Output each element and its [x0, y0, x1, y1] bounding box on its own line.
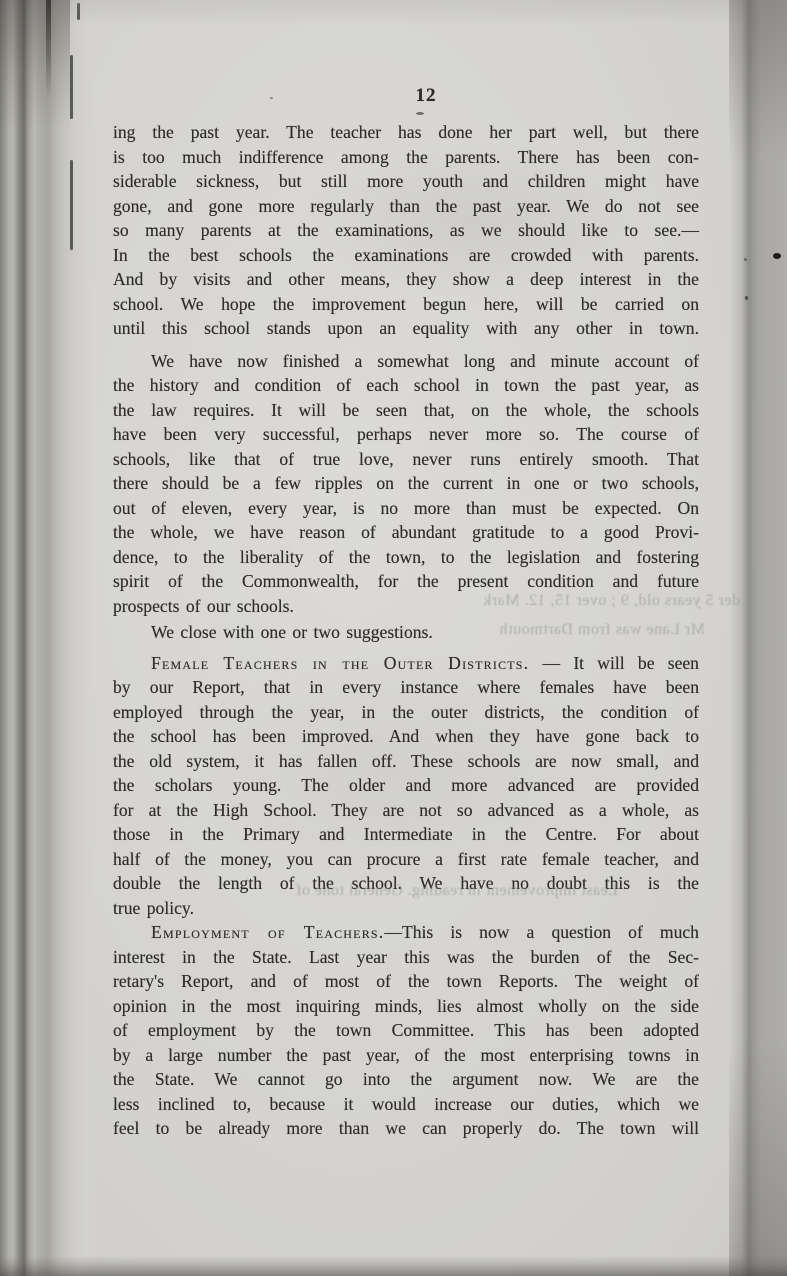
- page-right-edge-shadow: [729, 0, 787, 1276]
- text-line: In the best schools the examinations are…: [113, 243, 699, 268]
- page-number: 12: [386, 85, 466, 107]
- text-line: siderable sickness, but still more youth…: [113, 169, 699, 194]
- text-line: gone, and gone more regularly than the p…: [113, 194, 699, 219]
- text-line: school. We hope the improvement begun he…: [113, 292, 699, 317]
- paragraph: Female Teachers in the Outer Districts. …: [113, 651, 699, 921]
- ink-speck: [270, 97, 273, 99]
- text-line: the State. We cannot go into the argumen…: [113, 1067, 699, 1092]
- paragraph: ing the past year. The teacher has done …: [113, 120, 699, 341]
- binding-dark-streak: [46, 0, 51, 98]
- text-line: is too much indifference among the paren…: [113, 145, 699, 170]
- text-line: the whole, we have reason of abundant gr…: [113, 520, 699, 545]
- text-line: half of the money, you can procure a fir…: [113, 847, 699, 872]
- text-line: dence, to the liberality of the town, to…: [113, 545, 699, 570]
- section-heading: Employment of Teachers.: [151, 922, 384, 942]
- text-line: opinion in the most inquiring minds, lie…: [113, 994, 699, 1019]
- text-line: for at the High School. They are not so …: [113, 798, 699, 823]
- text-line: Employment of Teachers.—This is now a qu…: [113, 920, 699, 945]
- text-line: by a large number the past year, of the …: [113, 1043, 699, 1068]
- bleedthrough-text: Least improvement in reading. General to…: [258, 882, 618, 900]
- text-line: those in the Primary and Intermediate in…: [113, 822, 699, 847]
- text-line: the history and condition of each school…: [113, 373, 699, 398]
- page-bottom-shadow: [0, 1256, 787, 1276]
- bleedthrough-text: der 5 years old, 9 ; over 15, 12. Mark: [455, 592, 740, 610]
- text-line: the school has been improved. And when t…: [113, 724, 699, 749]
- section-heading: Female Teachers in the Outer Districts.: [151, 653, 529, 673]
- bleedthrough-text: Mr Lane was from Dartmouth: [470, 621, 705, 639]
- ink-speck: [744, 258, 747, 261]
- text-line: have been very successful, perhaps never…: [113, 422, 699, 447]
- text-line: ing the past year. The teacher has done …: [113, 120, 699, 145]
- text-line: until this school stands upon an equalit…: [113, 316, 699, 341]
- text-line: And by visits and other means, they show…: [113, 267, 699, 292]
- paragraph: We have now finished a somewhat long and…: [113, 349, 699, 619]
- text-line: less inclined to, because it would incre…: [113, 1092, 699, 1117]
- stitch-mark: [70, 55, 73, 119]
- text-line: feel to be already more than we can prop…: [113, 1116, 699, 1141]
- text-line: employed through the year, in the outer …: [113, 700, 699, 725]
- text-line: the scholars young. The older and more a…: [113, 773, 699, 798]
- text-line: so many parents at the examinations, as …: [113, 218, 699, 243]
- text-line: We have now finished a somewhat long and…: [113, 349, 699, 374]
- ink-speck: [416, 112, 424, 115]
- text-line: there should be a few ripples on the cur…: [113, 471, 699, 496]
- text-line: out of eleven, every year, is no more th…: [113, 496, 699, 521]
- book-binding-edge: [0, 0, 96, 1276]
- text-line: retary's Report, and of most of the town…: [113, 969, 699, 994]
- text-line: interest in the State. Last year this wa…: [113, 945, 699, 970]
- page-top-shade: [60, 0, 747, 26]
- text-line: the old system, it has fallen off. These…: [113, 749, 699, 774]
- text-line: schools, like that of true love, never r…: [113, 447, 699, 472]
- ink-speck: [745, 296, 748, 300]
- text-line: the law requires. It will be seen that, …: [113, 398, 699, 423]
- text-line: of employment by the town Committee. Thi…: [113, 1018, 699, 1043]
- paragraph: Employment of Teachers.—This is now a qu…: [113, 920, 699, 1141]
- ink-speck: [773, 253, 781, 259]
- text-line: by our Report, that in every instance wh…: [113, 675, 699, 700]
- stitch-mark: [70, 160, 73, 250]
- text-line: spirit of the Commonwealth, for the pres…: [113, 569, 699, 594]
- scanned-book-page: 12 ing the past year. The teacher has do…: [0, 0, 787, 1276]
- text-line: Female Teachers in the Outer Districts. …: [113, 651, 699, 676]
